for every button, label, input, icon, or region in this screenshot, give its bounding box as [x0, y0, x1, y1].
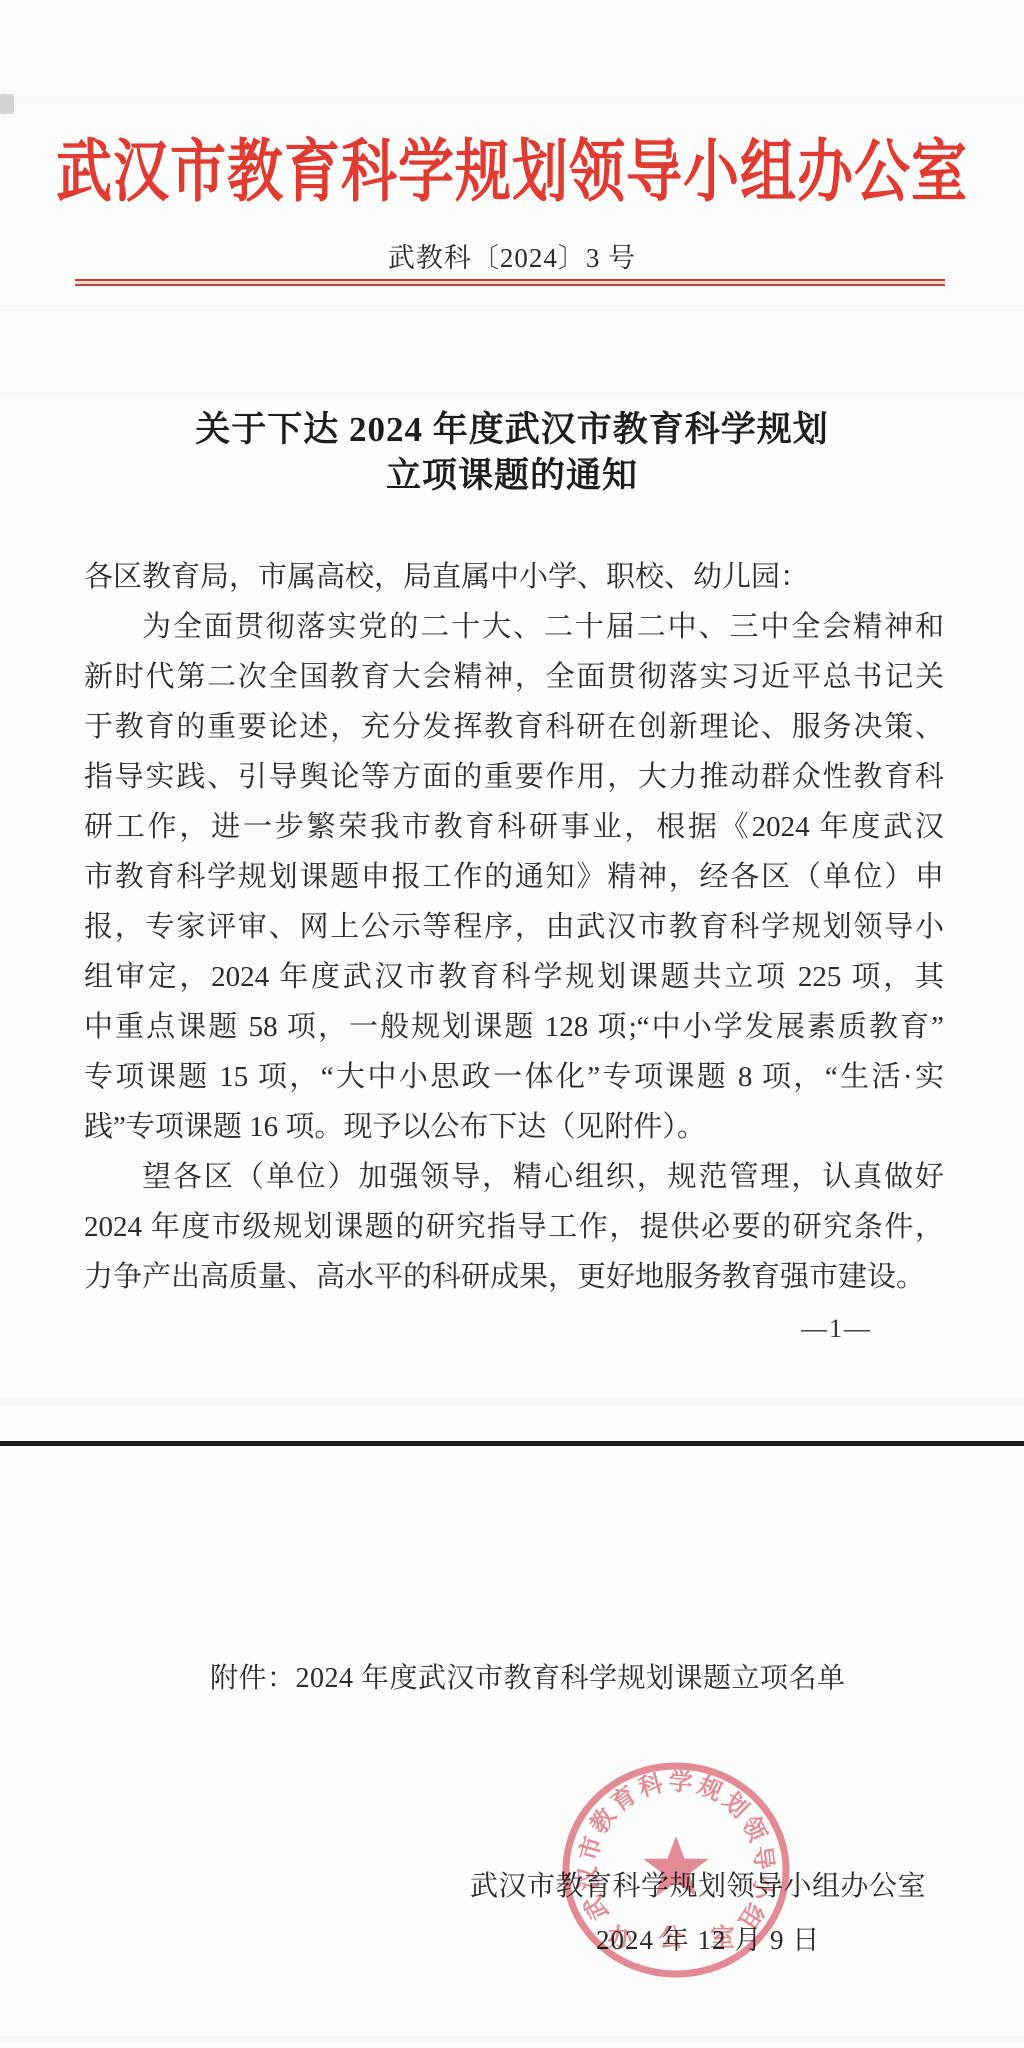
document-number: 武教科〔2024〕3 号 — [0, 236, 1024, 275]
letterhead-red-rule — [75, 279, 945, 287]
scan-artifact-band — [0, 305, 1024, 311]
body-line: 践”专项课题 16 项。现予以公布下达（见附件）。 — [84, 1102, 944, 1152]
body-line: 市教育科学规划课题申报工作的通知》精神，经各区（单位）申 — [84, 852, 944, 902]
scan-artifact-band — [0, 96, 1024, 104]
body-line: 为全面贯彻落实党的二十大、二十届二中、三中全会精神和 — [84, 602, 944, 652]
scanned-official-document: { "document": { "letterhead": { "org_nam… — [0, 0, 1024, 2048]
scan-artifact-band — [0, 392, 1024, 398]
page-number: —1— — [0, 1312, 1024, 1346]
body-line: 研工作，进一步繁荣我市教育科研事业，根据《2024 年度武汉 — [84, 802, 944, 852]
signoff-org-name: 武汉市教育科学规划领导小组办公室 — [470, 1864, 926, 1904]
body-line: 专项课题 15 项，“大中小思政一体化”专项课题 8 项，“生活·实 — [84, 1052, 944, 1102]
notice-title-line1: 关于下达 2024 年度武汉市教育科学规划 — [0, 402, 1024, 452]
notice-body: 各区教育局，市属高校，局直属中小学、职校、幼儿园： 为全面贯彻落实党的二十大、二… — [84, 552, 944, 1302]
body-line: 指导实践、引导舆论等方面的重要作用，大力推动群众性教育科 — [84, 752, 944, 802]
notice-title-line2: 立项课题的通知 — [0, 448, 1024, 498]
salutation: 各区教育局，市属高校，局直属中小学、职校、幼儿园： — [84, 552, 944, 602]
scan-artifact-band — [0, 2036, 1024, 2042]
body-line: 2024 年度市级规划课题的研究指导工作，提供必要的研究条件， — [84, 1202, 944, 1252]
letterhead-org-name: 武汉市教育科学规划领导小组办公室 — [0, 118, 1024, 216]
scan-artifact-band — [0, 1398, 1024, 1405]
page-separator-line — [0, 1441, 1024, 1446]
signoff-date: 2024 年 12 月 9 日 — [596, 1918, 820, 1957]
body-line: 力争产出高质量、高水平的科研成果，更好地服务教育强市建设。 — [84, 1252, 944, 1302]
body-line: 新时代第二次全国教育大会精神，全面贯彻落实习近平总书记关 — [84, 652, 944, 702]
body-line: 组审定，2024 年度武汉市教育科学规划课题共立项 225 项，其 — [84, 952, 944, 1002]
scan-smudge — [0, 94, 14, 114]
body-line: 报，专家评审、网上公示等程序，由武汉市教育科学规划领导小 — [84, 902, 944, 952]
body-line: 中重点课题 58 项，一般规划课题 128 项;“中小学发展素质教育” — [84, 1002, 944, 1052]
body-line: 望各区（单位）加强领导，精心组织，规范管理，认真做好 — [84, 1152, 944, 1202]
attachment-line: 附件：2024 年度武汉市教育科学规划课题立项名单 — [210, 1656, 846, 1696]
body-line: 于教育的重要论述，充分发挥教育科研在创新理论、服务决策、 — [84, 702, 944, 752]
